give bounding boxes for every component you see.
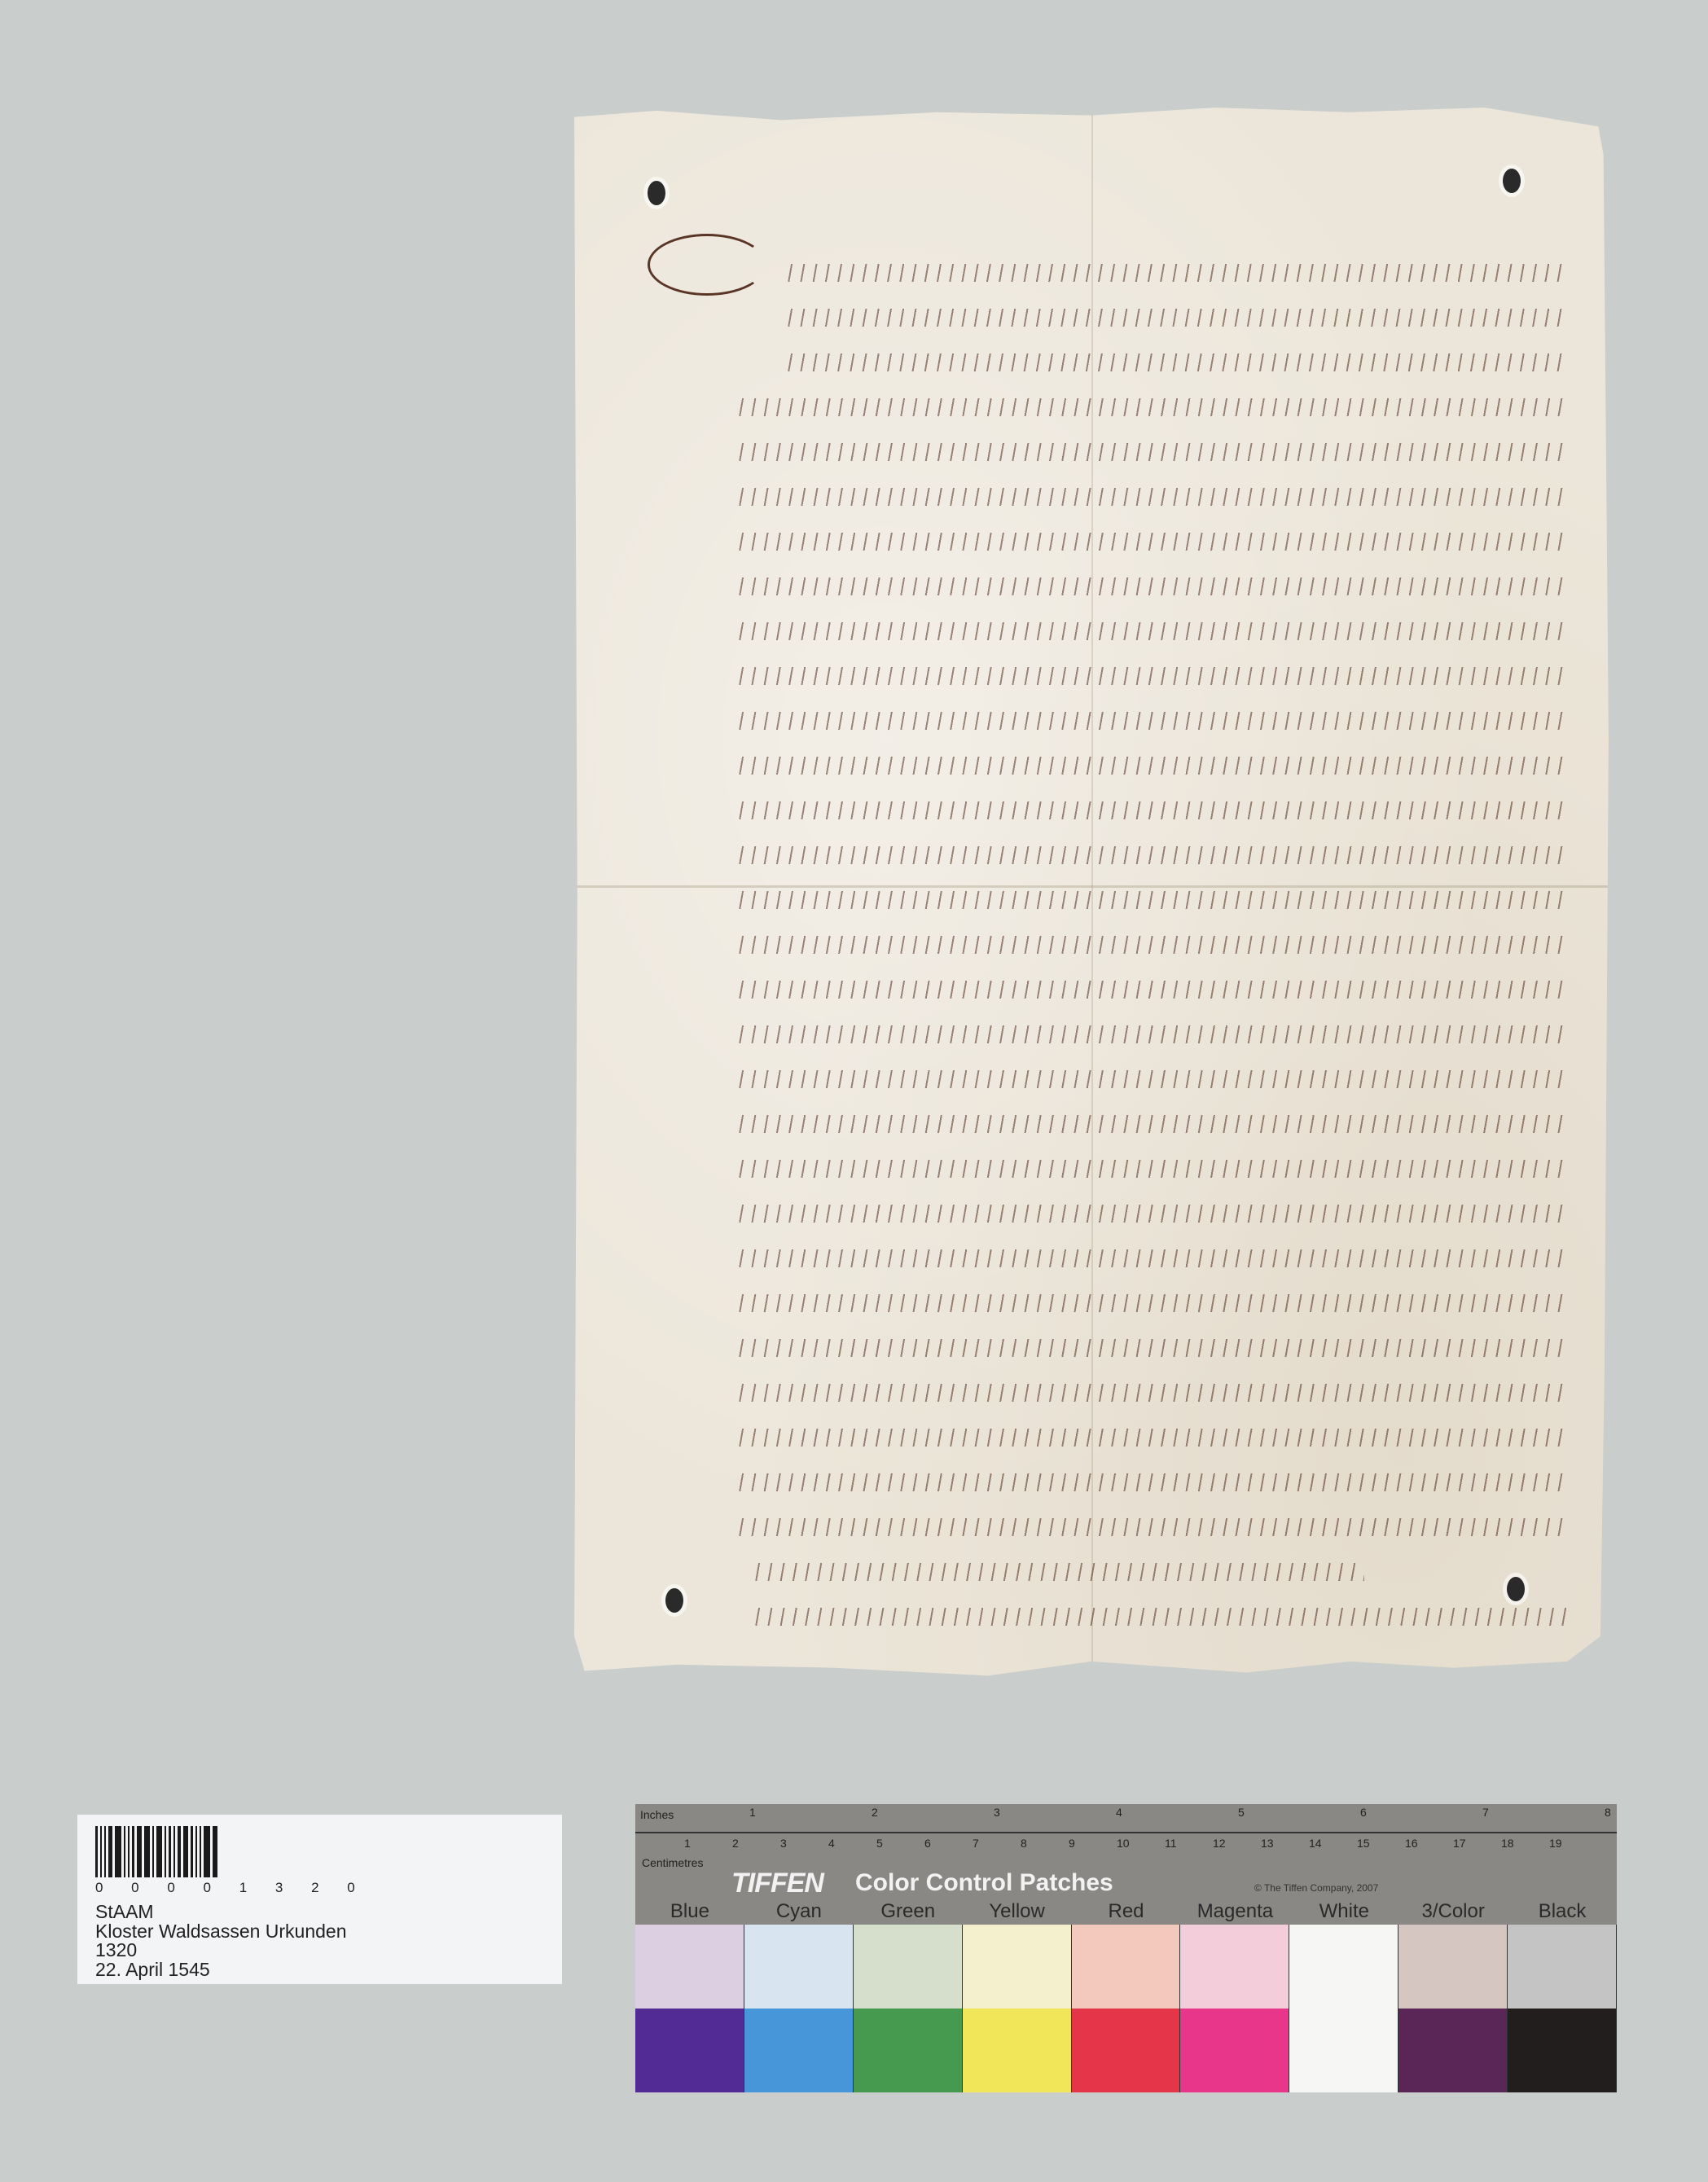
script-line: [737, 488, 1568, 523]
punch-hole-bottom-left: [665, 1588, 683, 1613]
script-line: [737, 1025, 1568, 1060]
script-line: [737, 1294, 1568, 1329]
script-line: [737, 1384, 1568, 1419]
cm-tick: 11: [1165, 1837, 1177, 1850]
cm-tick: 16: [1405, 1837, 1418, 1850]
script-line: [753, 1608, 1568, 1643]
script-line: [737, 1518, 1568, 1553]
collection-name: Kloster Waldsassen Urkunden: [95, 1922, 347, 1942]
patch-label: White: [1289, 1900, 1398, 1923]
document-date: 22. April 1545: [95, 1960, 347, 1980]
script-line: [737, 443, 1568, 478]
archive-name: StAAM: [95, 1903, 347, 1922]
punch-hole-top-left: [648, 181, 665, 205]
inch-tick: 5: [1238, 1806, 1245, 1819]
script-line: [737, 1339, 1568, 1374]
barcode-number: 0 0 0 0 1 3 2 0: [95, 1880, 367, 1896]
script-line: [737, 1115, 1568, 1150]
inch-tick: 8: [1605, 1806, 1611, 1819]
script-line: [737, 1429, 1568, 1464]
script-line: [737, 1160, 1568, 1195]
cm-tick: 13: [1261, 1837, 1274, 1850]
patch-label: Cyan: [744, 1900, 854, 1923]
archive-label: 0 0 0 0 1 3 2 0 StAAM Kloster Waldsassen…: [77, 1815, 562, 1984]
script-line: [737, 981, 1568, 1016]
patch-label: Black: [1508, 1900, 1617, 1923]
script-line: [737, 801, 1568, 836]
cm-tick: 18: [1501, 1837, 1514, 1850]
patch-magenta: [1180, 1925, 1289, 2092]
centimetres-label: Centimetres: [642, 1856, 703, 1869]
manuscript-page: [574, 108, 1609, 1684]
cm-tick: 2: [732, 1837, 739, 1850]
decorated-initial: [648, 234, 766, 296]
patch-red: [1072, 1925, 1181, 2092]
script-line: [737, 1070, 1568, 1105]
patch-label: Red: [1072, 1900, 1181, 1923]
patch-label: Magenta: [1180, 1900, 1289, 1923]
inch-tick: 7: [1482, 1806, 1489, 1819]
script-line: [737, 1473, 1568, 1508]
script-line: [737, 1249, 1568, 1284]
punch-hole-top-right: [1503, 169, 1521, 193]
script-line: [737, 667, 1568, 702]
cm-tick: 3: [780, 1837, 787, 1850]
cm-tick: 1: [684, 1837, 691, 1850]
script-line: [737, 622, 1568, 657]
label-text: StAAM Kloster Waldsassen Urkunden 1320 2…: [95, 1903, 347, 1979]
patch-yellow: [963, 1925, 1072, 2092]
cm-tick: 17: [1453, 1837, 1466, 1850]
patch-black: [1508, 1925, 1617, 2092]
patch-label: Green: [854, 1900, 963, 1923]
script-line: [737, 757, 1568, 792]
patch-3-color: [1398, 1925, 1508, 2092]
inches-label: Inches: [640, 1808, 674, 1821]
cm-tick: 14: [1309, 1837, 1322, 1850]
ruler: Inches 123456781234567891011121314151617…: [635, 1804, 1617, 1833]
script-line: [753, 1563, 1568, 1598]
patch-cyan: [744, 1925, 854, 2092]
script-line: [737, 712, 1568, 747]
script-line: [737, 398, 1568, 433]
patch-green: [854, 1925, 963, 2092]
cm-tick: 6: [924, 1837, 931, 1850]
color-patches: [635, 1925, 1617, 2092]
cm-tick: 15: [1357, 1837, 1370, 1850]
cm-tick: 12: [1213, 1837, 1226, 1850]
script-line: [786, 264, 1568, 299]
inch-tick: 4: [1116, 1806, 1122, 1819]
script-line: [737, 846, 1568, 881]
script-line: [737, 577, 1568, 612]
chart-header: Inches 123456781234567891011121314151617…: [635, 1804, 1617, 1925]
cm-tick: 9: [1069, 1837, 1075, 1850]
script-line: [786, 309, 1568, 344]
patch-white: [1289, 1925, 1398, 2092]
inch-tick: 2: [872, 1806, 878, 1819]
barcode: [95, 1826, 217, 1877]
script-line: [737, 1205, 1568, 1240]
patch-label: Blue: [635, 1900, 744, 1923]
patch-blue: [635, 1925, 744, 2092]
cm-tick: 7: [973, 1837, 979, 1850]
cm-tick: 8: [1021, 1837, 1027, 1850]
inch-tick: 6: [1360, 1806, 1367, 1819]
script-line: [786, 353, 1568, 389]
patch-label: 3/Color: [1398, 1900, 1508, 1923]
tiffen-logo: TIFFEN: [731, 1868, 823, 1899]
handwritten-text: [737, 254, 1568, 1645]
copyright: © The Tiffen Company, 2007: [1254, 1882, 1378, 1894]
script-line: [737, 936, 1568, 971]
patch-label: Yellow: [963, 1900, 1072, 1923]
cm-tick: 5: [876, 1837, 883, 1850]
color-control-chart: Inches 123456781234567891011121314151617…: [635, 1804, 1617, 2097]
document-number: 1320: [95, 1941, 347, 1960]
cm-tick: 19: [1549, 1837, 1562, 1850]
script-line: [737, 533, 1568, 568]
cm-tick: 4: [828, 1837, 835, 1850]
chart-title: Color Control Patches: [855, 1869, 1113, 1897]
inch-tick: 1: [749, 1806, 756, 1819]
patch-names: BlueCyanGreenYellowRedMagentaWhite3/Colo…: [635, 1900, 1617, 1923]
cm-tick: 10: [1117, 1837, 1130, 1850]
inch-tick: 3: [994, 1806, 1000, 1819]
script-line: [737, 891, 1568, 926]
